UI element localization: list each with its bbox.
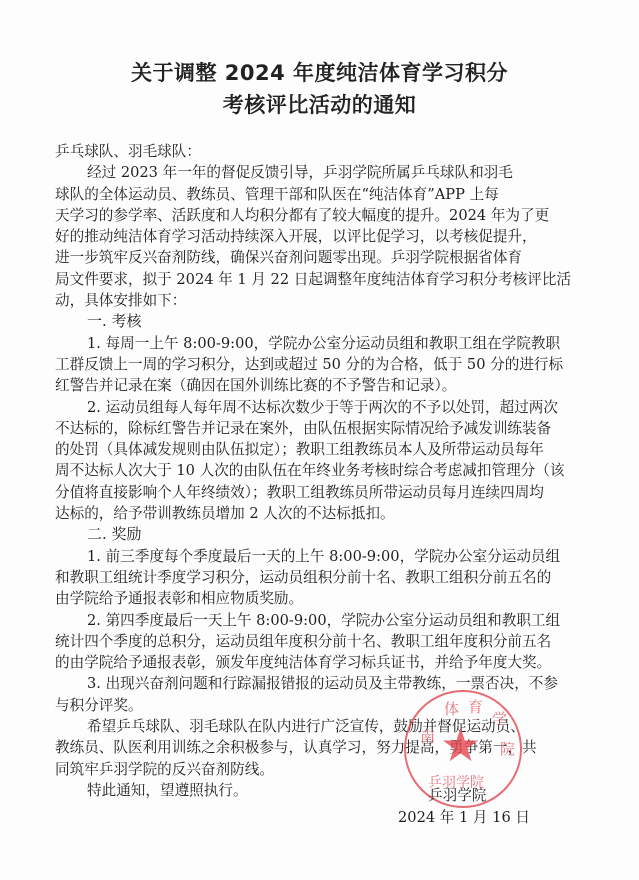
intro-line: 好的推动纯洁体育学习活动持续深入开展，以评比促学习，以考核促提升， [55, 226, 580, 247]
document-title-line1: 关于调整 2024 年度纯洁体育学习积分 [0, 57, 639, 87]
seal-char: 育 [468, 696, 483, 717]
intro-line: 天学习的参学率、活跃度和人均积分都有了较大幅度的提升。2024 年为了更 [55, 205, 580, 226]
assessment-item2-line: 达标的，给予带训教练员增加 2 人次的不达标抵扣。 [55, 503, 580, 524]
seal-char: 学 [492, 708, 507, 729]
assessment-item1-line: 工群反馈上一周的学习积分，达到或超过 50 分的为合格，低于 50 分的进行标 [55, 354, 580, 375]
assessment-item1-line: 红警告并记录在案（确因在国外训练比赛的不予警告和记录）。 [55, 375, 580, 396]
rewards-item1-line: 由学院给予通报表彰和相应物质奖励。 [55, 588, 580, 609]
seal-char: 院 [500, 738, 515, 759]
rewards-item2-line: 的由学院给予通报表彰，颁发年度纯洁体育学习标兵证书，并给予年度大奖。 [55, 652, 580, 673]
recipient: 乒乓球队、羽毛球队： [55, 141, 580, 162]
rewards-item1-line: 1. 前三季度每个季度最后一天的上午 8:00-9:00，学院办公室分运动员组 [55, 546, 580, 567]
document-body: 乒乓球队、羽毛球队： 经过 2023 年一年的督促反馈引导，乒羽学院所属乒乓球队… [55, 141, 580, 801]
document-page: 关于调整 2024 年度纯洁体育学习积分 考核评比活动的通知 乒乓球队、羽毛球队… [0, 0, 639, 880]
star-icon: ★ [440, 722, 481, 768]
assessment-item2-line: 的处罚（具体减发规则由队伍拟定）；教职工组教练员本人及所带运动员每年 [55, 439, 580, 460]
intro-line: 动，具体安排如下： [55, 290, 580, 311]
assessment-item2-line: 分值将直接影响个人年终绩效）；教职工组教练员所带运动员每月连续四周均 [55, 482, 580, 503]
assessment-item1-line: 1. 每周一上午 8:00-9:00，学院办公室分运动员组和教职工组在学院教职 [55, 333, 580, 354]
assessment-item2-line: 周不达标人次大于 10 人次的由队伍在年终业务考核时综合考虑减扣管理分（该 [55, 460, 580, 481]
signature: 乒羽学院 [428, 784, 486, 805]
seal-char: 南 [420, 726, 435, 747]
section-heading-rewards: 二. 奖励 [55, 524, 580, 545]
intro-line: 进一步筑牢反兴奋剂防线，确保兴奋剂问题零出现。乒羽学院根据省体育 [55, 247, 580, 268]
document-title-line2: 考核评比活动的通知 [0, 89, 639, 119]
section-heading-assessment: 一. 考核 [55, 311, 580, 332]
seal-char: 体 [444, 698, 459, 719]
date: 2024 年 1 月 16 日 [398, 806, 530, 827]
rewards-item1-line: 和教职工组统计季度学习积分，运动员组积分前十名、教职工组积分前五名的 [55, 567, 580, 588]
rewards-item2-line: 统计四个季度的总积分，运动员组年度积分前十名、教职工组年度积分前五名 [55, 631, 580, 652]
intro-line: 经过 2023 年一年的督促反馈引导，乒羽学院所属乒乓球队和羽毛 [55, 162, 580, 183]
rewards-item2-line: 2. 第四季度最后一天上午 8:00-9:00，学院办公室分运动员组和教职工组 [55, 610, 580, 631]
rewards-item3-line: 3. 出现兴奋剂问题和行踪漏报错报的运动员及主带教练，一票否决，不参 [55, 673, 580, 694]
assessment-item2-line: 2. 运动员组每人每年周不达标次数少于等于两次的不予以处罚，超过两次 [55, 397, 580, 418]
intro-line: 局文件要求，拟于 2024 年 1 月 22 日起调整年度纯洁体育学习积分考核评… [55, 269, 580, 290]
assessment-item2-line: 不达标的，除标红警告并记录在案外，由队伍根据实际情况给予减发训练装备 [55, 418, 580, 439]
intro-line: 球队的全体运动员、教练员、管理干部和队医在“纯洁体育”APP 上每 [55, 184, 580, 205]
